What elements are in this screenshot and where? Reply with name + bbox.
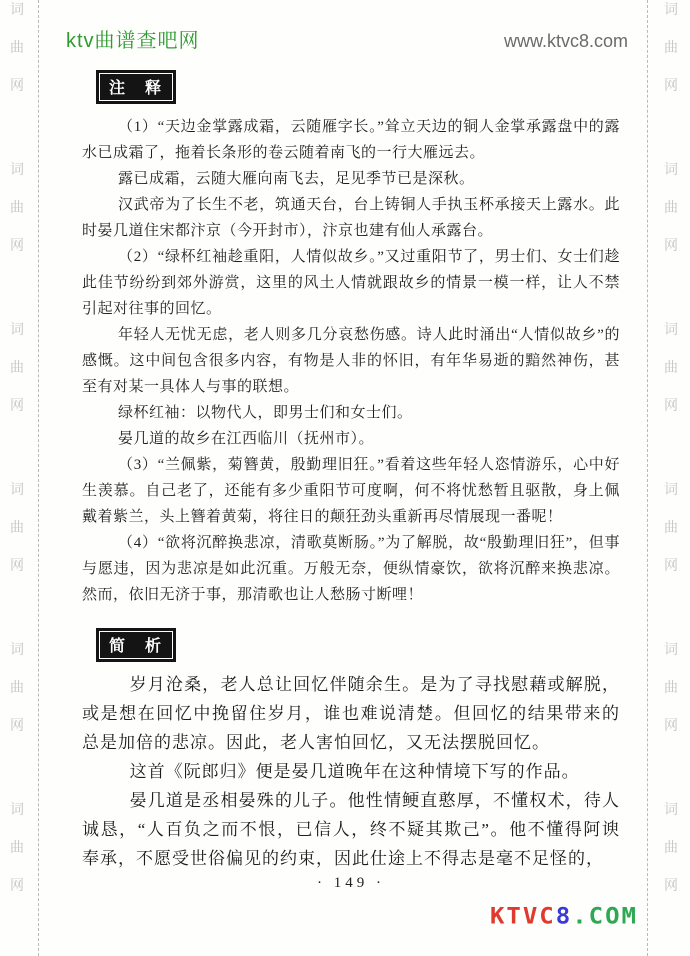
watermark-group: 词曲网 <box>10 2 24 116</box>
watermark-char: 词 <box>664 482 678 496</box>
watermark-group: 词曲网 <box>664 322 678 436</box>
watermark-char: 词 <box>10 162 24 176</box>
watermark-char: 词 <box>10 802 24 816</box>
paragraph: （3）“兰佩紫，菊簪黄，殷勤理旧狂。”看着这些年轻人恣情游乐，心中好生羡慕。自己… <box>82 452 620 530</box>
right-watermark: 词曲网词曲网词曲网词曲网词曲网词曲网 <box>658 2 684 956</box>
page-content: 注 释 （1）“天边金掌露成霜，云随雁字长。”耸立天边的铜人金掌承露盘中的露水已… <box>82 70 620 892</box>
watermark-char: 网 <box>664 718 678 732</box>
footer-site-logo[interactable]: KTVC8.COM <box>490 903 638 929</box>
left-watermark: 词曲网词曲网词曲网词曲网词曲网词曲网 <box>4 2 30 956</box>
watermark-group: 词曲网 <box>664 162 678 276</box>
analysis-paragraphs: 岁月沧桑，老人总让回忆伴随余生。是为了寻找慰藉或解脱，或是想在回忆中挽留住岁月，… <box>82 670 620 873</box>
book-page: 词曲网词曲网词曲网词曲网词曲网词曲网 词曲网词曲网词曲网词曲网词曲网词曲网 kt… <box>0 0 690 956</box>
watermark-char: 曲 <box>10 200 24 214</box>
paragraph: 年轻人无忧无虑，老人则多几分哀愁伤感。诗人此时涌出“人情似故乡”的感慨。这中间包… <box>82 322 620 400</box>
page-number: · 149 · <box>82 875 620 892</box>
paragraph: 这首《阮郎归》便是晏几道晚年在这种情境下写的作品。 <box>82 757 620 786</box>
annotation-paragraphs: （1）“天边金掌露成霜，云随雁字长。”耸立天边的铜人金掌承露盘中的露水已成霜了，… <box>82 114 620 608</box>
watermark-char: 曲 <box>664 840 678 854</box>
paragraph: 绿杯红袖：以物代人，即男士们和女士们。 <box>82 400 620 426</box>
watermark-char: 网 <box>664 238 678 252</box>
footer-logo-red-part: KTVC <box>490 903 556 929</box>
watermark-char: 曲 <box>10 360 24 374</box>
watermark-char: 网 <box>664 878 678 892</box>
watermark-char: 网 <box>10 398 24 412</box>
watermark-char: 网 <box>664 78 678 92</box>
left-dashed-divider <box>38 0 39 956</box>
watermark-group: 词曲网 <box>10 162 24 276</box>
watermark-char: 曲 <box>664 40 678 54</box>
watermark-char: 网 <box>10 78 24 92</box>
site-logo-text[interactable]: ktv曲谱查吧网 <box>66 24 200 53</box>
watermark-char: 词 <box>664 2 678 16</box>
watermark-group: 词曲网 <box>10 802 24 916</box>
paragraph: （4）“欲将沉醉换悲凉，清歌莫断肠。”为了解脱，故“殷勤理旧狂”，但事与愿违，因… <box>82 530 620 608</box>
footer-logo-blue-part: 8 <box>556 903 572 929</box>
footer-logo-green-part: .COM <box>572 903 638 929</box>
watermark-char: 词 <box>10 2 24 16</box>
watermark-char: 网 <box>664 558 678 572</box>
site-url-link[interactable]: www.ktvc8.com <box>504 31 628 52</box>
paragraph: 晏几道的故乡在江西临川（抚州市）。 <box>82 426 620 452</box>
watermark-group: 词曲网 <box>10 322 24 436</box>
watermark-char: 词 <box>10 642 24 656</box>
annotation-section-title: 注 释 <box>96 70 176 104</box>
watermark-char: 网 <box>10 238 24 252</box>
watermark-char: 词 <box>10 482 24 496</box>
paragraph: 汉武帝为了长生不老，筑通天台，台上铸铜人手执玉杯承接天上露水。此时晏几道住宋都汴… <box>82 192 620 244</box>
watermark-group: 词曲网 <box>664 642 678 756</box>
watermark-char: 曲 <box>664 360 678 374</box>
watermark-group: 词曲网 <box>664 482 678 596</box>
analysis-section-title: 简 析 <box>96 628 176 662</box>
watermark-char: 网 <box>10 878 24 892</box>
watermark-char: 网 <box>664 398 678 412</box>
paragraph: （1）“天边金掌露成霜，云随雁字长。”耸立天边的铜人金掌承露盘中的露水已成霜了，… <box>82 114 620 166</box>
watermark-char: 曲 <box>10 520 24 534</box>
watermark-char: 词 <box>10 322 24 336</box>
watermark-group: 词曲网 <box>10 482 24 596</box>
watermark-char: 词 <box>664 802 678 816</box>
right-dashed-divider <box>647 0 648 956</box>
page-header: ktv曲谱查吧网 www.ktvc8.com <box>66 24 628 53</box>
watermark-group: 词曲网 <box>664 2 678 116</box>
watermark-char: 曲 <box>664 680 678 694</box>
paragraph: 岁月沧桑，老人总让回忆伴随余生。是为了寻找慰藉或解脱，或是想在回忆中挽留住岁月，… <box>82 670 620 757</box>
watermark-char: 曲 <box>664 200 678 214</box>
paragraph: 露已成霜，云随大雁向南飞去，足见季节已是深秋。 <box>82 166 620 192</box>
paragraph: 晏几道是丞相晏殊的儿子。他性情鲠直憨厚，不懂权术，待人诚恳，“人百负之而不恨，已… <box>82 786 620 873</box>
watermark-group: 词曲网 <box>10 642 24 756</box>
paragraph: （2）“绿杯红袖趁重阳，人情似故乡。”又过重阳节了，男士们、女士们趁此佳节纷纷到… <box>82 244 620 322</box>
watermark-group: 词曲网 <box>664 802 678 916</box>
watermark-char: 曲 <box>664 520 678 534</box>
watermark-char: 曲 <box>10 680 24 694</box>
watermark-char: 词 <box>664 322 678 336</box>
watermark-char: 词 <box>664 642 678 656</box>
watermark-char: 曲 <box>10 840 24 854</box>
watermark-char: 曲 <box>10 40 24 54</box>
watermark-char: 网 <box>10 718 24 732</box>
watermark-char: 词 <box>664 162 678 176</box>
watermark-char: 网 <box>10 558 24 572</box>
